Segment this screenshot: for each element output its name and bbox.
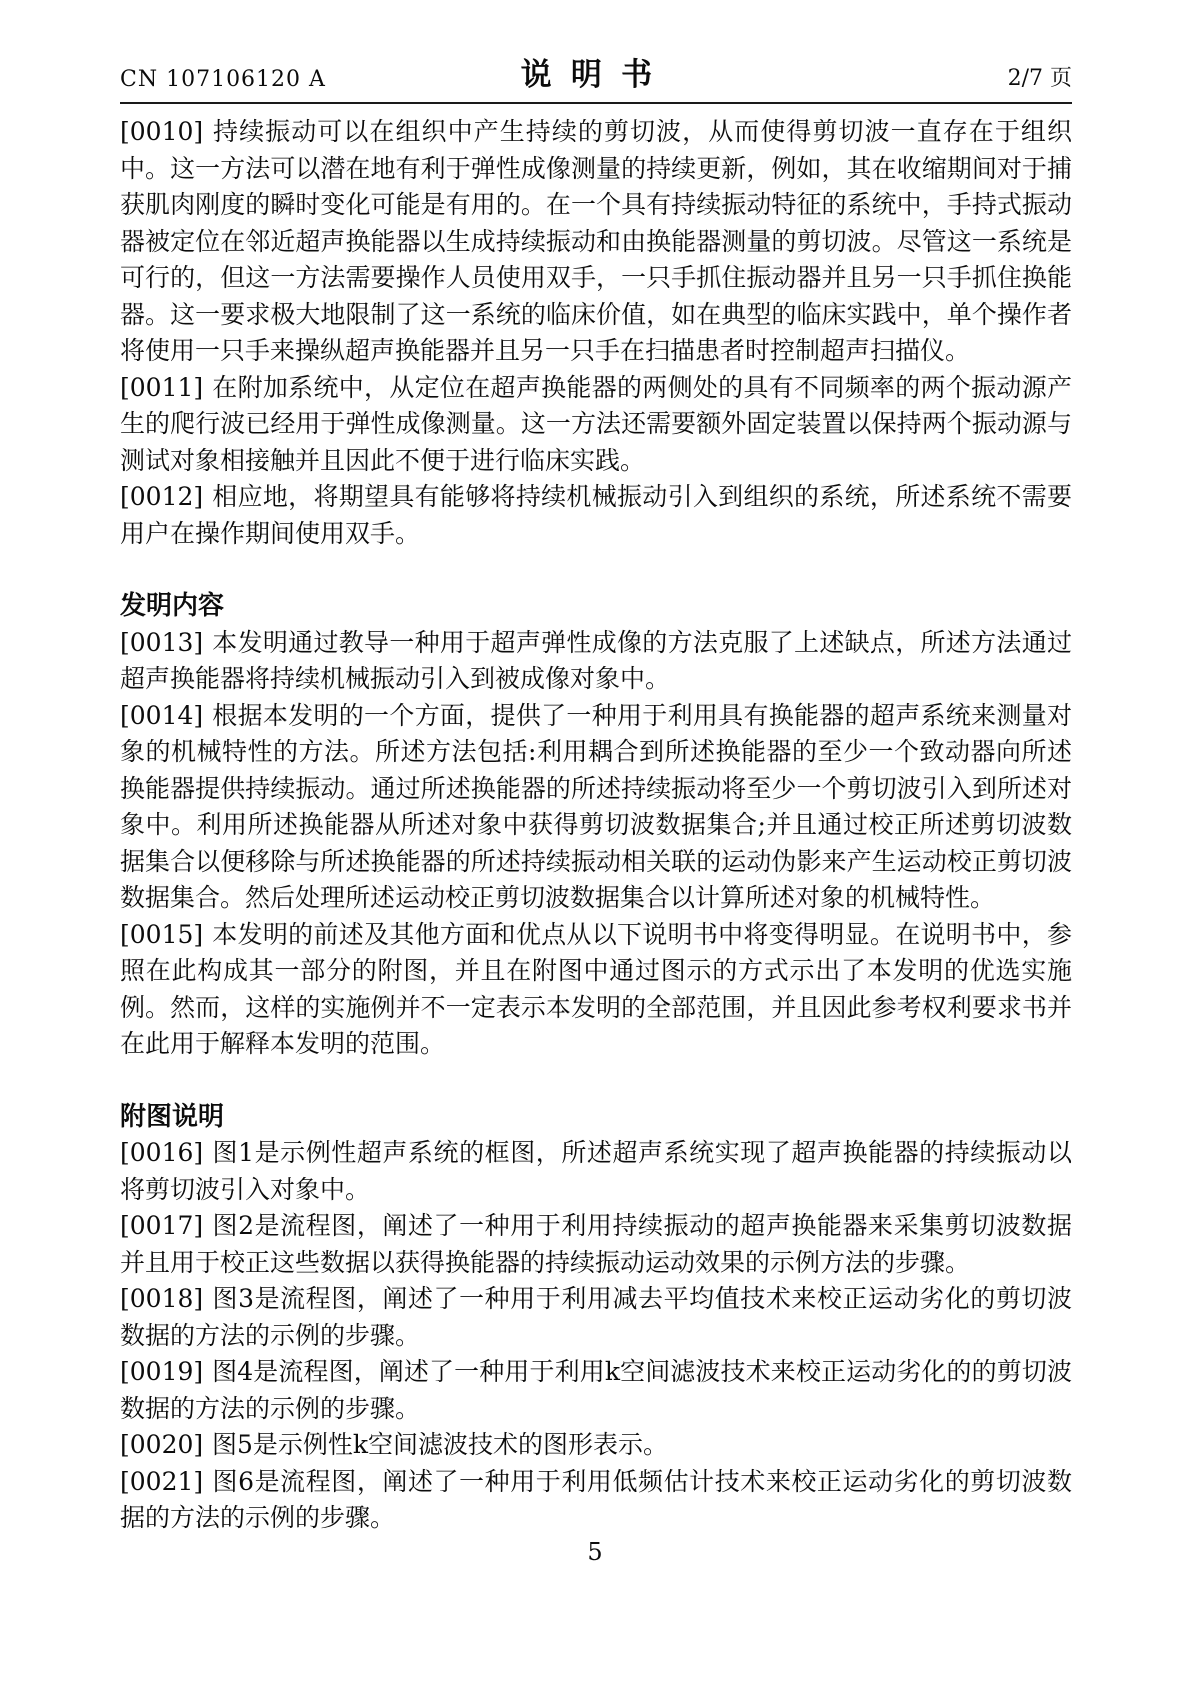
paragraph-tag: [0013] [120, 625, 212, 662]
page-indicator: 2/7 页 [1008, 61, 1072, 92]
paragraph: [0018]图3是流程图，阐述了一种用于利用减去平均值技术来校正运动劣化的剪切波… [120, 1281, 1072, 1354]
paragraph: [0012]相应地，将期望具有能够将持续机械振动引入到组织的系统，所述系统不需要… [120, 479, 1072, 552]
paragraph: [0021]图6是流程图，阐述了一种用于利用低频估计技术来校正运动劣化的剪切波数… [120, 1464, 1072, 1537]
paragraph-tag: [0011] [120, 370, 212, 407]
paragraph-tag: [0012] [120, 479, 212, 516]
paragraph: [0015]本发明的前述及其他方面和优点从以下说明书中将变得明显。在说明书中，参… [120, 917, 1072, 1063]
section-heading: 附图说明 [120, 1099, 1072, 1136]
paragraph-text: 图3是流程图，阐述了一种用于利用减去平均值技术来校正运动劣化的剪切波数据的方法的… [120, 1284, 1072, 1350]
paragraph: [0017]图2是流程图，阐述了一种用于利用持续振动的超声换能器来采集剪切波数据… [120, 1208, 1072, 1281]
paragraph-tag: [0010] [120, 114, 212, 151]
paragraph: [0014]根据本发明的一个方面，提供了一种用于利用具有换能器的超声系统来测量对… [120, 698, 1072, 917]
paragraph-tag: [0020] [120, 1427, 212, 1464]
paragraph: [0011]在附加系统中，从定位在超声换能器的两侧处的具有不同频率的两个振动源产… [120, 370, 1072, 480]
paragraph-text: 图4是流程图，阐述了一种用于利用k空间滤波技术来校正运动劣化的的剪切波数据的方法… [120, 1357, 1072, 1423]
paragraph-text: 相应地，将期望具有能够将持续机械振动引入到组织的系统，所述系统不需要用户在操作期… [120, 482, 1072, 548]
paragraph-tag: [0019] [120, 1354, 212, 1391]
paragraph-tag: [0017] [120, 1208, 212, 1245]
paragraph-text: 本发明的前述及其他方面和优点从以下说明书中将变得明显。在说明书中，参照在此构成其… [120, 920, 1072, 1059]
paragraph: [0016]图1是示例性超声系统的框图，所述超声系统实现了超声换能器的持续振动以… [120, 1135, 1072, 1208]
paragraph: [0020]图5是示例性k空间滤波技术的图形表示。 [120, 1427, 1072, 1464]
paragraph-text: 持续振动可以在组织中产生持续的剪切波，从而使得剪切波一直存在于组织中。这一方法可… [120, 117, 1072, 365]
paragraph-text: 在附加系统中，从定位在超声换能器的两侧处的具有不同频率的两个振动源产生的爬行波已… [120, 373, 1072, 475]
paragraph: [0010]持续振动可以在组织中产生持续的剪切波，从而使得剪切波一直存在于组织中… [120, 114, 1072, 370]
paragraph: [0019]图4是流程图，阐述了一种用于利用k空间滤波技术来校正运动劣化的的剪切… [120, 1354, 1072, 1427]
document-title: 说明书 [521, 49, 672, 94]
paragraph-tag: [0021] [120, 1464, 212, 1501]
paragraph-tag: [0014] [120, 698, 212, 735]
paragraph-text: 图1是示例性超声系统的框图，所述超声系统实现了超声换能器的持续振动以将剪切波引入… [120, 1138, 1072, 1204]
patent-document-page: CN 107106120 A 说明书 2/7 页 [0010]持续振动可以在组织… [0, 0, 1190, 1684]
paragraph-text: 图6是流程图，阐述了一种用于利用低频估计技术来校正运动劣化的剪切波数据的方法的示… [120, 1467, 1072, 1533]
paragraph-tag: [0018] [120, 1281, 212, 1318]
paragraph-tag: [0016] [120, 1135, 212, 1172]
paragraph-text: 图5是示例性k空间滤波技术的图形表示。 [212, 1430, 668, 1459]
paragraph-tag: [0015] [120, 917, 212, 954]
footer-page-number: 5 [0, 1538, 1190, 1566]
section-heading: 发明内容 [120, 588, 1072, 625]
document-body: [0010]持续振动可以在组织中产生持续的剪切波，从而使得剪切波一直存在于组织中… [120, 114, 1072, 1537]
patent-number: CN 107106120 A [120, 67, 326, 92]
paragraph-text: 本发明通过教导一种用于超声弹性成像的方法克服了上述缺点，所述方法通过超声换能器将… [120, 628, 1072, 694]
paragraph-text: 根据本发明的一个方面，提供了一种用于利用具有换能器的超声系统来测量对象的机械特性… [120, 701, 1072, 913]
page-header: CN 107106120 A 说明书 2/7 页 [120, 58, 1072, 104]
paragraph-text: 图2是流程图，阐述了一种用于利用持续振动的超声换能器来采集剪切波数据并且用于校正… [120, 1211, 1072, 1277]
paragraph: [0013]本发明通过教导一种用于超声弹性成像的方法克服了上述缺点，所述方法通过… [120, 625, 1072, 698]
